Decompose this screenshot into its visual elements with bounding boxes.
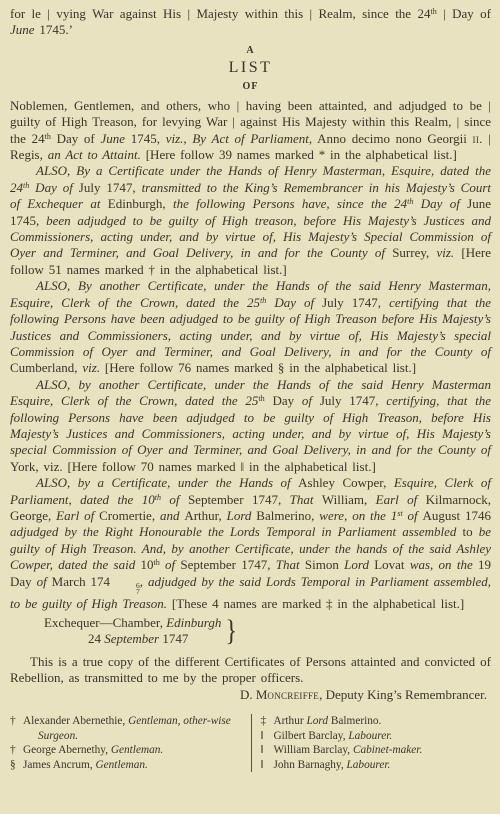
text-segment: Labourer.: [348, 730, 392, 742]
footnote-text: Alexander Abernethie, Gentleman, other-w…: [23, 715, 231, 742]
text-segment: July 1747,: [79, 180, 142, 195]
text-segment: | Day of: [437, 6, 491, 21]
title-line-list: LIST: [10, 58, 491, 78]
intro-quote-paragraph: for le | vying War against His | Majesty…: [10, 6, 491, 39]
paragraph-surrey-certificate: ALSO, By a Certificate under the Hands o…: [10, 163, 491, 278]
text-segment: Exchequer—Chamber,: [44, 615, 166, 630]
paragraph-act-of-parliament: Noblemen, Gentlemen, and others, who | h…: [10, 98, 491, 164]
footnote-mark: †: [10, 743, 19, 758]
text-segment: was, on the: [410, 557, 478, 572]
text-segment: Day of: [266, 295, 322, 310]
text-segment: of: [160, 557, 181, 572]
document-page: for le | vying War against His | Majesty…: [0, 0, 500, 814]
footnote-entry: §James Ancrum, Gentleman.: [10, 758, 245, 773]
text-segment: [These 4 names are marked ‡ in the alpha…: [167, 596, 464, 611]
text-segment: Simon: [305, 557, 344, 572]
text-segment: adjudged by the Right Honourable the Lor…: [10, 524, 463, 539]
text-segment: of: [37, 574, 52, 589]
text-segment: viz.: [436, 245, 454, 260]
footnote-list: †Alexander Abernethie, Gentleman, other-…: [10, 714, 491, 772]
footnote-column-right: ‡Arthur Lord Balmerino.‖Gilbert Barclay,…: [251, 714, 492, 772]
text-segment: viz., By Act of Parliament,: [166, 131, 312, 146]
text-segment: James Ancrum,: [23, 759, 95, 771]
title-line-of: OF: [10, 80, 491, 94]
text-segment: 1745,: [125, 131, 166, 146]
text-segment: Day: [265, 393, 302, 408]
text-segment: Lord: [344, 557, 374, 572]
text-segment: Anno decimo nono Georgii: [312, 131, 472, 146]
footnote-text: George Abernethy, Gentleman.: [23, 744, 163, 756]
text-segment: Gilbert Barclay,: [274, 730, 349, 742]
footnote-text: Arthur Lord Balmerino.: [274, 715, 382, 727]
text-segment: Earl of: [56, 508, 99, 523]
text-segment: Gentleman.: [111, 744, 163, 756]
text-segment: D. M: [240, 687, 267, 702]
footnote-entry: ‖Gilbert Barclay, Labourer.: [261, 729, 492, 744]
text-segment: Edinburgh: [166, 615, 221, 630]
text-segment: York, viz. [Here follow 70 names marked …: [10, 459, 376, 474]
text-segment: Surrey,: [392, 245, 436, 260]
footnote-mark: †: [10, 714, 19, 729]
text-segment: oncreiffe: [267, 687, 319, 702]
text-segment: Balmerino,: [256, 508, 319, 523]
text-segment: Balmerino.: [328, 715, 381, 727]
text-segment: Edinburgh,: [108, 196, 173, 211]
text-segment: George Abernethy,: [23, 744, 111, 756]
text-segment: Day of: [51, 131, 101, 146]
footnote-text: James Ancrum, Gentleman.: [23, 759, 148, 771]
text-segment: to: [463, 524, 479, 539]
text-segment: July 1747,: [322, 295, 389, 310]
dateline-lines: Exchequer—Chamber, Edinburgh 24 Septembe…: [44, 615, 221, 648]
text-segment: September: [104, 631, 159, 646]
text-segment: of: [161, 492, 188, 507]
paragraph-york-certificate: ALSO, by another Certificate, under the …: [10, 377, 491, 475]
text-segment: September 1747,: [188, 492, 290, 507]
text-segment: Arthur,: [184, 508, 226, 523]
text-segment: William,: [322, 492, 376, 507]
footnote-column-left: †Alexander Abernethie, Gentleman, other-…: [10, 714, 251, 772]
text-segment: That: [276, 557, 305, 572]
text-segment: John Barnaghy,: [274, 759, 347, 771]
text-segment: 24: [88, 631, 104, 646]
footnote-mark: ‖: [261, 743, 270, 758]
footnote-text: Gilbert Barclay, Labourer.: [274, 730, 393, 742]
dateline-brace: }: [226, 616, 238, 646]
text-segment: of: [302, 393, 320, 408]
text-segment: Gentleman.: [95, 759, 147, 771]
text-segment: ALSO, by a Certificate, under the Hands …: [36, 475, 298, 490]
text-segment: This is a true copy of the different Cer…: [10, 654, 491, 685]
text-segment: Ashley Cowper,: [298, 475, 394, 490]
text-segment: William Barclay,: [274, 744, 353, 756]
text-segment: Arthur: [274, 715, 307, 727]
text-segment: March 174: [52, 574, 110, 589]
footnote-mark: §: [10, 758, 19, 773]
text-segment: Cromertie,: [99, 508, 160, 523]
footnote-entry: ‡Arthur Lord Balmerino.: [261, 714, 492, 729]
text-segment: 10: [140, 557, 153, 572]
dateline-date: 24 September 1747: [44, 631, 221, 647]
text-segment: Day of: [413, 196, 467, 211]
text-segment: July 1747,: [320, 393, 386, 408]
text-segment: Cumberland,: [10, 360, 82, 375]
footnote-entry: †Alexander Abernethie, Gentleman, other-…: [10, 714, 245, 743]
text-segment: September 1747,: [180, 557, 275, 572]
footnote-mark: ‖: [261, 758, 270, 773]
text-segment: and: [160, 508, 184, 523]
text-segment: Alexander Abernethie,: [23, 715, 128, 727]
text-segment: Lovat: [374, 557, 410, 572]
text-segment: the following Persons have, since the 24: [173, 196, 407, 211]
text-segment: 1745.’: [35, 22, 73, 37]
text-segment: ,: [140, 574, 148, 589]
text-segment: August 1746: [423, 508, 491, 523]
text-segment: [Here follow 76 names marked § in the al…: [100, 360, 416, 375]
footnote-text: John Barnaghy, Labourer.: [274, 759, 391, 771]
dateline-place: Exchequer—Chamber, Edinburgh: [44, 615, 221, 631]
text-segment: Labourer.: [347, 759, 391, 771]
footnote-mark: ‖: [261, 729, 270, 744]
text-segment: Lord: [306, 715, 328, 727]
text-segment: That: [290, 492, 322, 507]
attestation-paragraph: This is a true copy of the different Cer…: [10, 654, 491, 687]
text-segment: viz.: [82, 360, 100, 375]
text-segment: of: [403, 508, 423, 523]
footnote-mark: ‡: [261, 714, 270, 729]
text-segment: [Here follow 39 names marked * in the al…: [141, 147, 457, 162]
dateline-block: Exchequer—Chamber, Edinburgh 24 Septembe…: [44, 615, 491, 648]
footnote-entry: ‖William Barclay, Cabinet-maker.: [261, 743, 492, 758]
text-segment: 67: [110, 583, 140, 596]
paragraph-lords-certificate: ALSO, by a Certificate, under the Hands …: [10, 475, 491, 612]
text-segment: 1747: [159, 631, 188, 646]
footnote-text: William Barclay, Cabinet-maker.: [274, 744, 423, 756]
text-segment: ii.: [473, 131, 483, 146]
text-segment: Earl of: [376, 492, 426, 507]
text-segment: Cabinet-maker.: [353, 744, 422, 756]
footnote-entry: †George Abernethy, Gentleman.: [10, 743, 245, 758]
title-block: A LIST OF: [10, 44, 491, 94]
title-line-a: A: [10, 44, 491, 57]
text-segment: were, on the 1: [319, 508, 397, 523]
text-segment: Lord: [227, 508, 257, 523]
footnote-entry: ‖John Barnaghy, Labourer.: [261, 758, 492, 773]
text-segment: for le | vying War against His | Majesty…: [10, 6, 430, 21]
text-segment: an Act to Attaint.: [48, 147, 141, 162]
paragraph-cumberland-certificate: ALSO, By another Certificate, under the …: [10, 278, 491, 376]
text-segment: June: [10, 22, 35, 37]
signature-line: D. Moncreiffe, Deputy King’s Remembrance…: [10, 687, 491, 703]
text-segment: Day of: [29, 180, 79, 195]
text-segment: June: [100, 131, 125, 146]
text-segment: , Deputy King’s Remembrancer.: [319, 687, 487, 702]
